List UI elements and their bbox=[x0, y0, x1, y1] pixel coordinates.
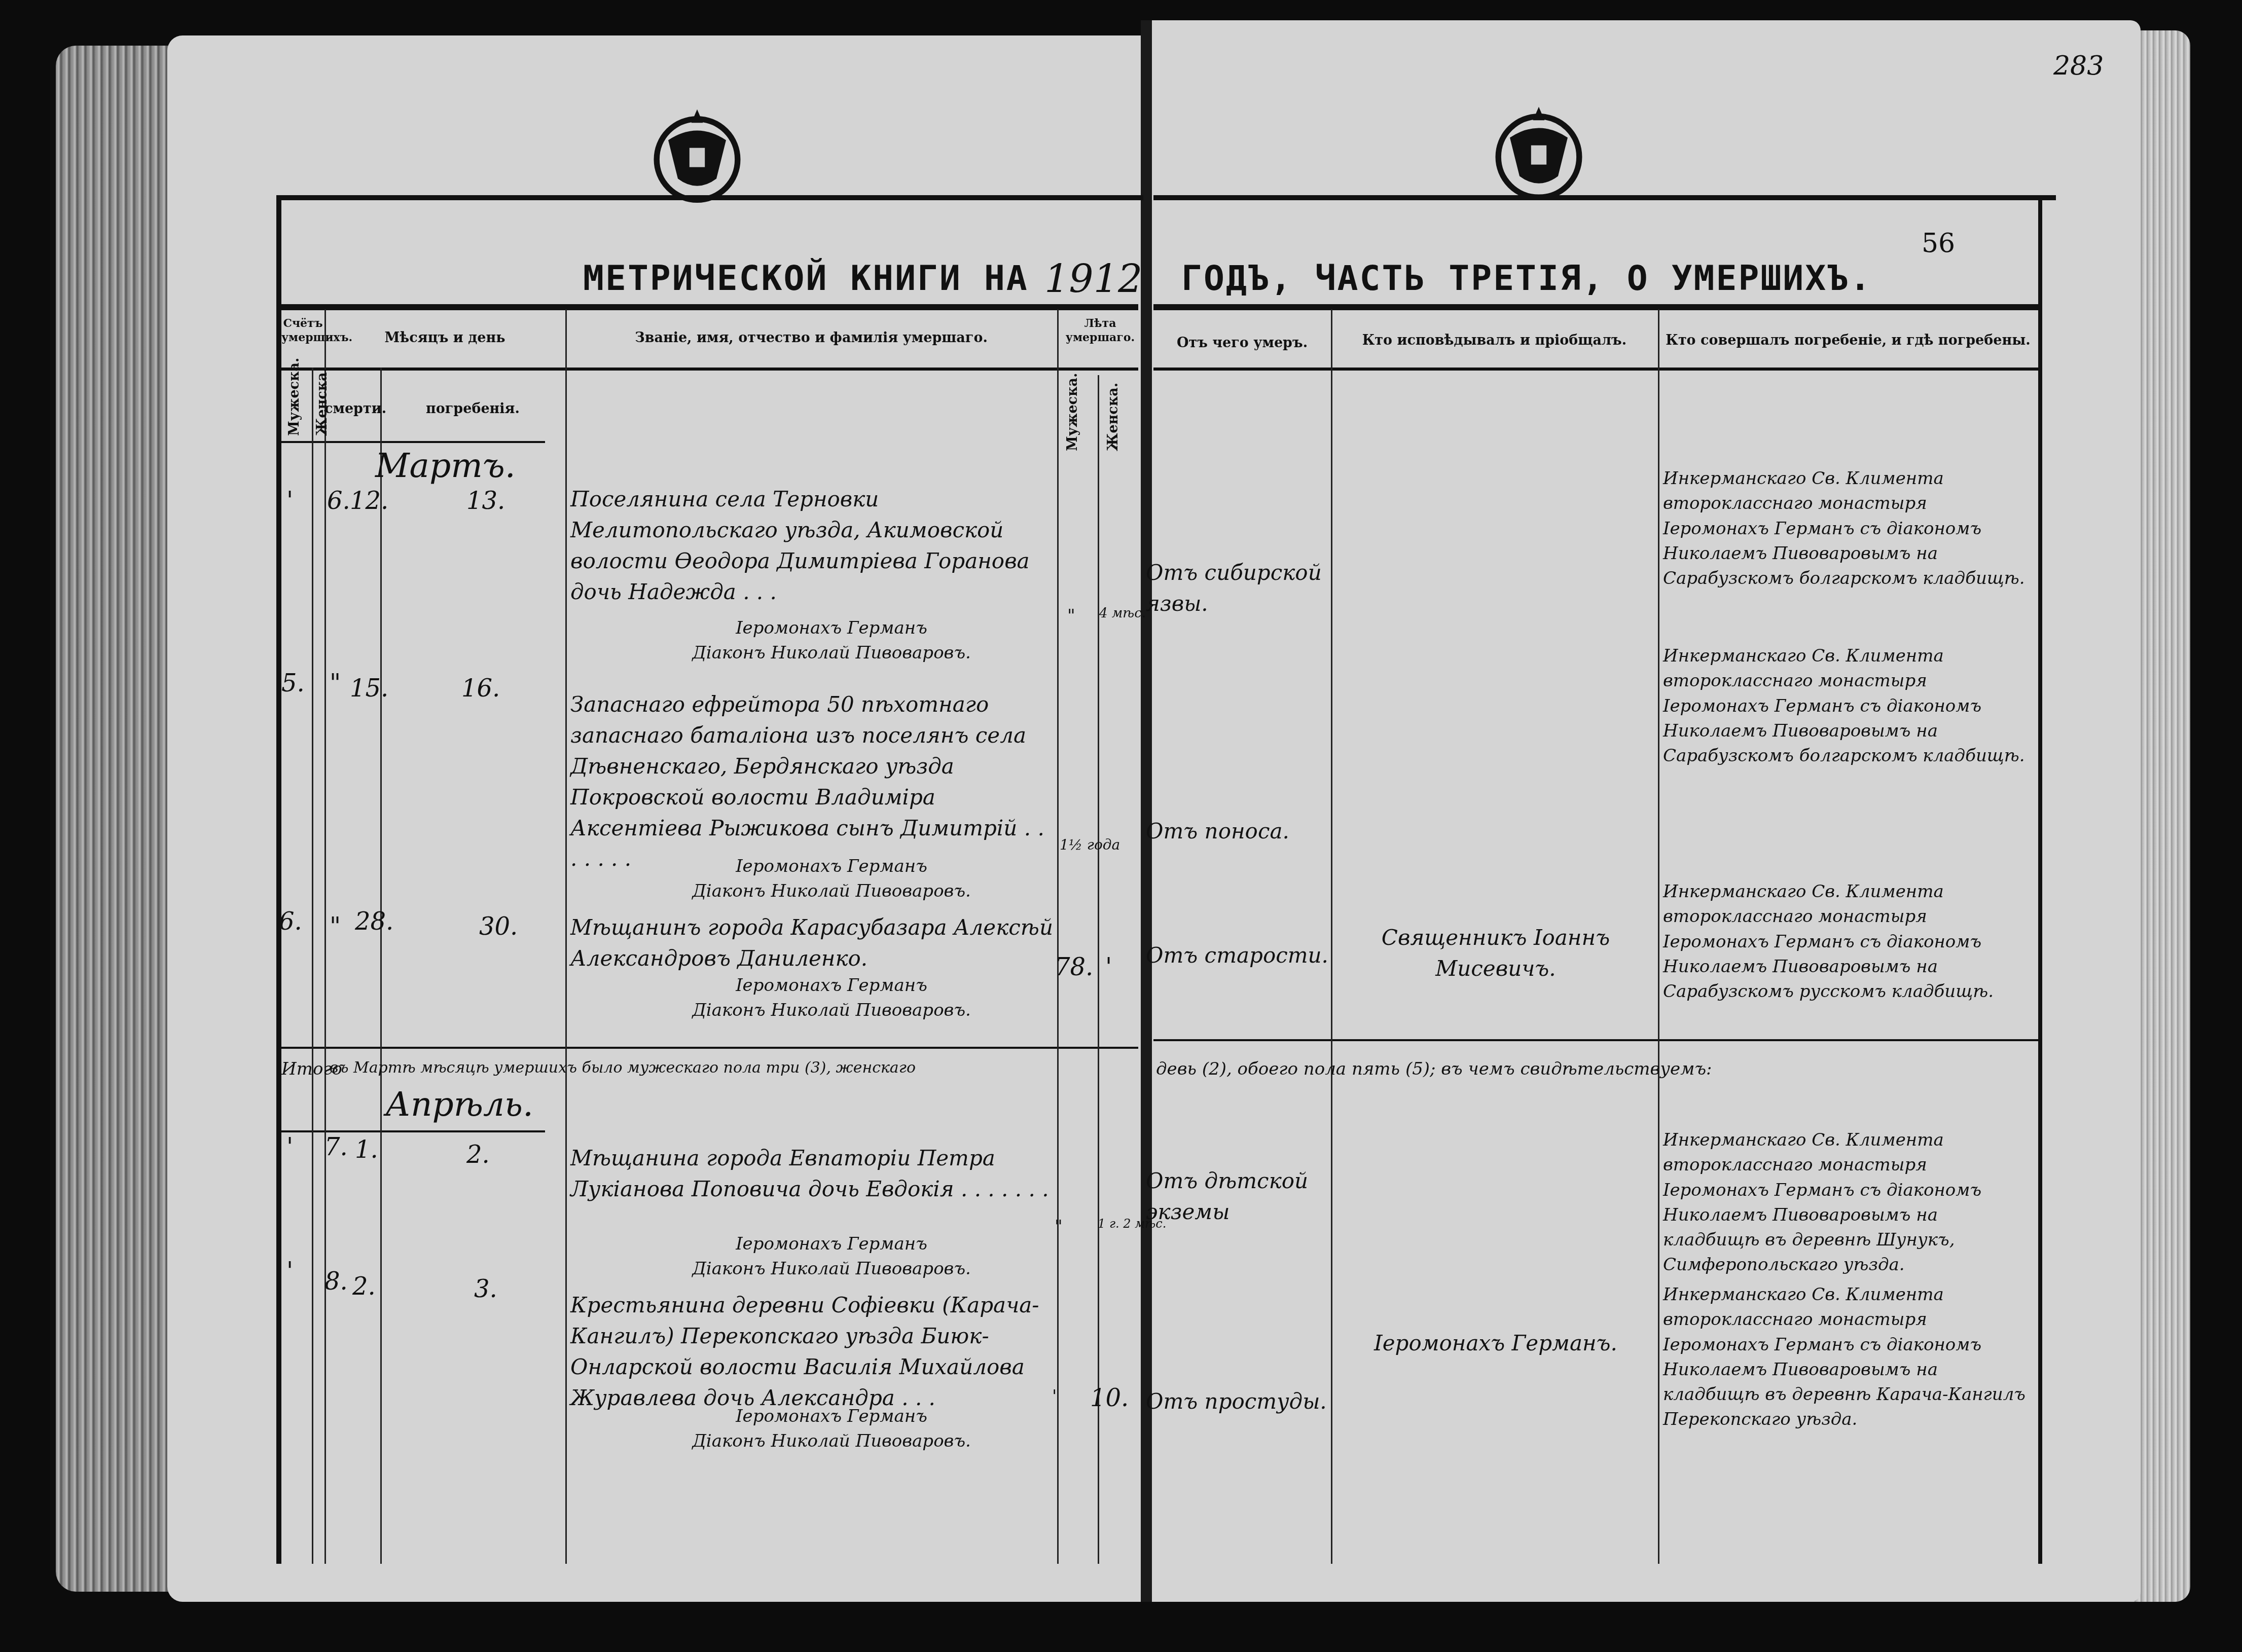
header-rule-top-right bbox=[1153, 304, 2038, 310]
header-rule-top-left bbox=[281, 304, 1138, 310]
frame-left bbox=[276, 195, 281, 1564]
frame-right bbox=[2038, 195, 2042, 1564]
frame-top-right bbox=[1153, 195, 2056, 200]
record-death-day: 15. bbox=[350, 674, 388, 703]
record-name: Крестьянина деревни Софіевки (Карача-Кан… bbox=[570, 1290, 1055, 1414]
record-age-male: " bbox=[1055, 1217, 1063, 1237]
record-burial-by: Инкерманскаго Св. Климента второкласснаг… bbox=[1663, 466, 2036, 591]
col-line bbox=[380, 368, 382, 1564]
header-age: Лѣта умершаго. bbox=[1057, 317, 1143, 345]
header-count-male: Мужеска. bbox=[286, 375, 302, 436]
record-signature: Іеромонахъ Германъ Діаконъ Николай Пивов… bbox=[608, 616, 1055, 666]
header-burial: погребенія. bbox=[380, 400, 565, 418]
record-burial-day: 16. bbox=[461, 674, 500, 703]
record-burial-by: Инкерманскаго Св. Климента второкласснаг… bbox=[1663, 644, 2036, 768]
record-male-no: ' bbox=[286, 487, 293, 515]
record-death-day: 28. bbox=[355, 907, 393, 936]
record-confessor: Священникъ Іоаннъ Мисевичъ. bbox=[1344, 923, 1648, 984]
header-cause: Отъ чего умеръ. bbox=[1153, 335, 1331, 352]
total-text-right: девь (2), обоего пола пять (5); въ чемъ … bbox=[1156, 1057, 2018, 1082]
record-male-no: ' bbox=[286, 1133, 293, 1161]
record-burial-by: Инкерманскаго Св. Климента второкласснаг… bbox=[1663, 1128, 2036, 1278]
record-male-no: 5. bbox=[281, 669, 305, 697]
total-text-left: въ Мартѣ мѣсяцѣ умершихъ было мужескаго … bbox=[330, 1057, 1141, 1079]
title-left: МЕТРИЧЕСКОЙ КНИГИ НА bbox=[583, 259, 1029, 299]
frame-top-left bbox=[276, 195, 1143, 200]
record-burial-day: 13. bbox=[466, 487, 505, 515]
record-age-female: 10. bbox=[1090, 1384, 1129, 1412]
header-name: Званіе, имя, отчество и фамилія умершаго… bbox=[565, 329, 1057, 347]
header-death: смерти. bbox=[324, 400, 380, 418]
record-female-no: 8. bbox=[324, 1267, 348, 1296]
record-signature: Іеромонахъ Германъ Діаконъ Николай Пивов… bbox=[608, 854, 1055, 904]
imperial-eagle-emblem-left bbox=[649, 101, 745, 208]
title-year: 1912 bbox=[1044, 256, 1142, 301]
col-line bbox=[324, 309, 326, 1564]
record-cause: Отъ поноса. bbox=[1146, 816, 1328, 847]
header-burial-by: Кто совершалъ погребеніе, и гдѣ погребен… bbox=[1658, 332, 2038, 349]
header-age-female: Женска. bbox=[1105, 385, 1121, 451]
header-age-male: Мужеска. bbox=[1065, 385, 1080, 451]
record-signature: Іеромонахъ Германъ Діаконъ Николай Пивов… bbox=[608, 1232, 1055, 1282]
record-death-day: 12. bbox=[350, 487, 388, 515]
record-male-no: 6. bbox=[279, 907, 302, 936]
record-burial-day: 3. bbox=[474, 1275, 497, 1303]
record-cause: Отъ дѣтской экземы bbox=[1146, 1166, 1328, 1228]
record-cause: Отъ сибирской язвы. bbox=[1146, 558, 1328, 619]
record-female-no: " bbox=[330, 669, 341, 697]
april-rule bbox=[281, 1130, 545, 1132]
header-rule-mid-right bbox=[1153, 368, 2038, 371]
archive-page-number: 283 bbox=[2053, 51, 2104, 81]
record-age-male: ' bbox=[1052, 1386, 1057, 1407]
record-female-no: 7. bbox=[324, 1133, 348, 1161]
record-name: Запаснаго ефрейтора 50 пѣхотнаго запасна… bbox=[570, 689, 1055, 874]
record-signature: Іеромонахъ Германъ Діаконъ Николай Пивов… bbox=[608, 1404, 1055, 1454]
record-cause: Отъ простуды. bbox=[1146, 1386, 1328, 1417]
record-name: Поселянина села Терновки Мелитопольскаго… bbox=[570, 484, 1055, 608]
col-line bbox=[1658, 309, 1659, 1564]
record-death-day: 1. bbox=[355, 1135, 378, 1164]
col-line bbox=[565, 309, 567, 1564]
record-name: Мѣщанинъ города Карасубазара Алексѣй Але… bbox=[570, 912, 1055, 974]
imperial-eagle-emblem-right bbox=[1491, 99, 1587, 205]
header-rule-mid-left bbox=[281, 368, 1138, 371]
book-edge-left bbox=[56, 46, 177, 1592]
header-rule-sub-left bbox=[281, 441, 545, 443]
record-age-female: ' bbox=[1105, 953, 1112, 981]
record-name: Мѣщанина города Евпаторіи Петра Лукіанов… bbox=[570, 1143, 1055, 1205]
record-burial-day: 2. bbox=[466, 1141, 490, 1169]
record-burial-by: Инкерманскаго Св. Климента второкласснаг… bbox=[1663, 879, 2036, 1004]
record-age-female: 4 мѣс. bbox=[1099, 606, 1146, 621]
record-cause: Отъ старости. bbox=[1146, 940, 1328, 971]
col-line bbox=[312, 368, 313, 1564]
record-burial-day: 30. bbox=[479, 912, 518, 941]
record-age-male: 78. bbox=[1055, 953, 1093, 981]
record-female-no: " bbox=[330, 912, 341, 941]
header-confessor: Кто исповѣдывалъ и пріобщалъ. bbox=[1331, 332, 1658, 349]
total-rule-right bbox=[1153, 1039, 2038, 1041]
col-line bbox=[1057, 309, 1059, 1564]
month-march: Мартъ. bbox=[375, 446, 516, 485]
record-confessor: Іеромонахъ Германъ. bbox=[1344, 1328, 1648, 1359]
title-right: ГОДЪ, ЧАСТЬ ТРЕТІЯ, О УМЕРШИХЪ. bbox=[1181, 259, 1872, 299]
record-burial-by: Инкерманскаго Св. Климента второкласснаг… bbox=[1663, 1282, 2036, 1433]
record-death-day: 2. bbox=[352, 1272, 376, 1301]
header-month-day: Мѣсяцъ и день bbox=[324, 329, 565, 347]
total-rule-left bbox=[281, 1047, 1138, 1049]
record-age-male: " bbox=[1067, 606, 1075, 626]
header-count: Счётъ умершихъ. bbox=[281, 317, 324, 345]
col-line bbox=[1331, 309, 1332, 1564]
record-age-male: 1½ года bbox=[1060, 836, 1120, 853]
record-female-no: 6. bbox=[327, 487, 350, 515]
record-male-no: ' bbox=[286, 1257, 293, 1286]
record-signature: Іеромонахъ Германъ Діаконъ Николай Пивов… bbox=[608, 973, 1055, 1023]
month-april: Апрѣль. bbox=[385, 1085, 533, 1124]
stamped-page-number: 56 bbox=[1922, 228, 1955, 259]
